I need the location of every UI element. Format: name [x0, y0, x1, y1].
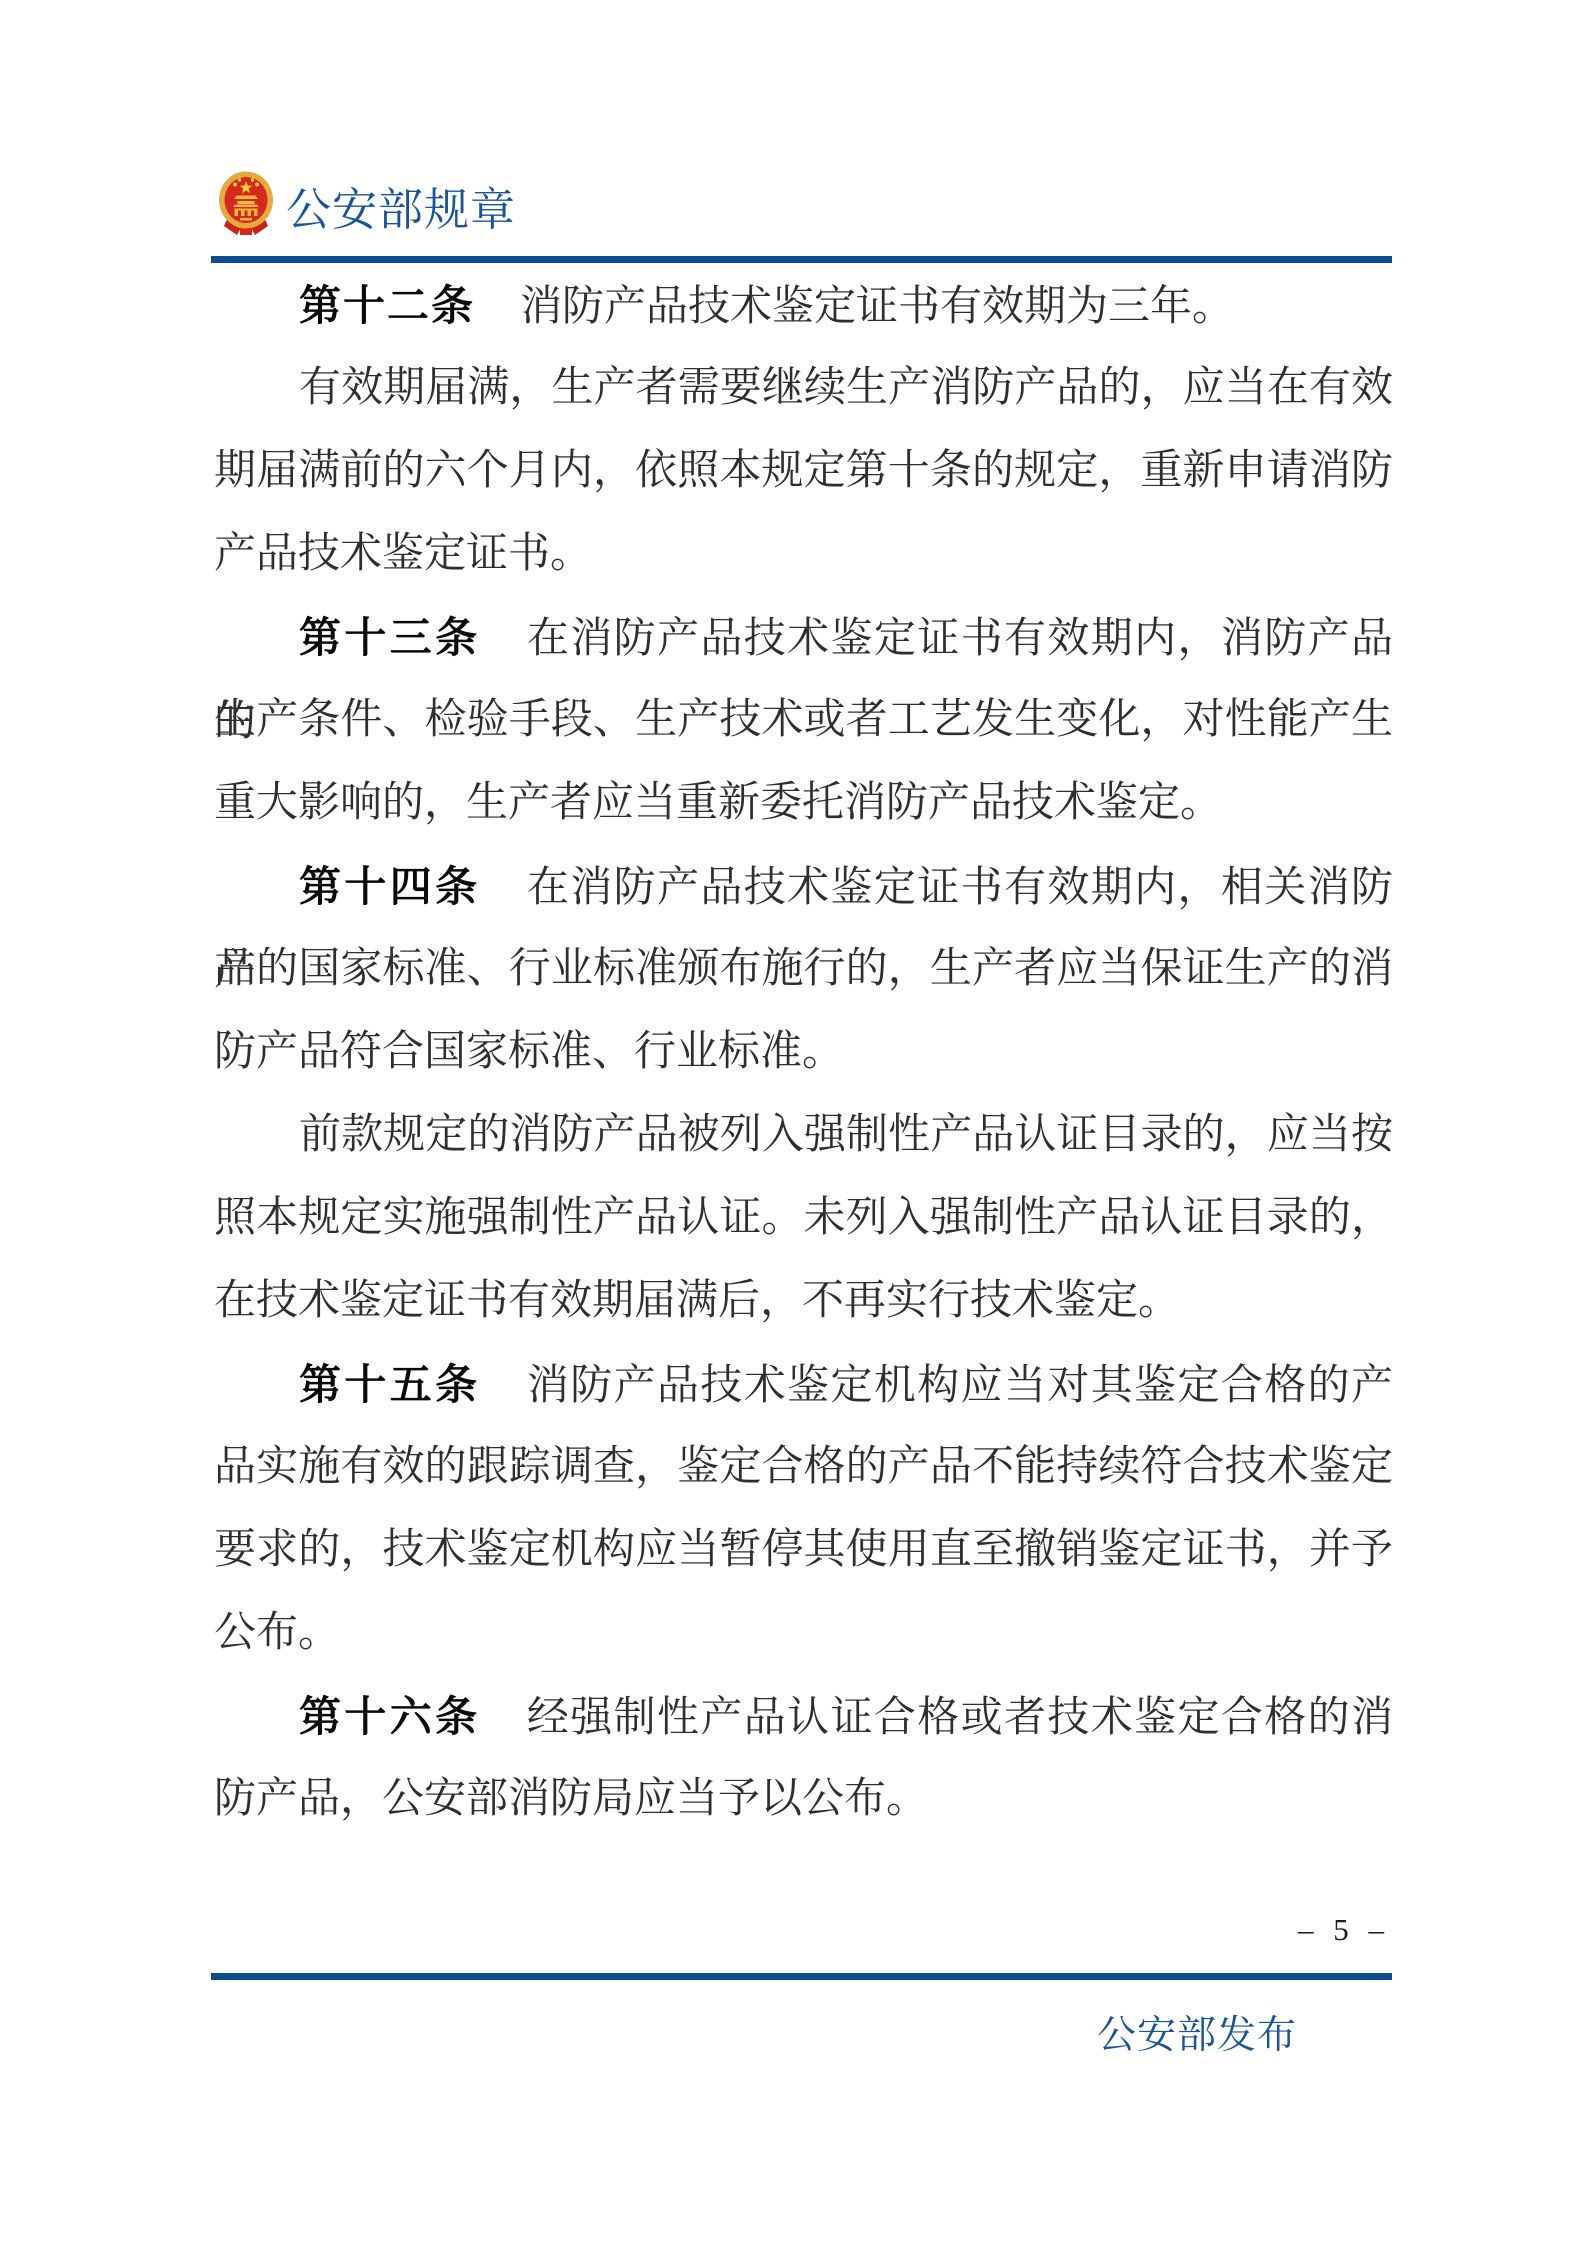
national-emblem-icon — [215, 171, 277, 237]
body-line: 品的国家标准、行业标准颁布施行的，生产者应当保证生产的消 — [214, 928, 1393, 1011]
body-line: 照本规定实施强制性产品认证。未列入强制性产品认证目录的， — [214, 1177, 1393, 1260]
body-line: 在技术鉴定证书有效期届满后，不再实行技术鉴定。 — [214, 1260, 1393, 1343]
body-line: 要求的，技术鉴定机构应当暂停其使用直至撤销鉴定证书，并予 — [214, 1509, 1393, 1592]
body-line: 防产品符合国家标准、行业标准。 — [214, 1011, 1393, 1094]
paragraph: 第十五条消防产品技术鉴定机构应当对其鉴定合格的产品实施有效的跟踪调查，鉴定合格的… — [214, 1343, 1393, 1675]
page-title: 公安部规章 — [286, 182, 516, 238]
article-number: 第十六条 — [299, 1693, 481, 1740]
body-line: 公布。 — [214, 1592, 1393, 1675]
article-number: 第十二条 — [299, 282, 475, 329]
body-line: 第十四条在消防产品技术鉴定证书有效期内，相关消防产 — [214, 845, 1393, 928]
article-number: 第十三条 — [299, 614, 481, 661]
body-line: 第十三条在消防产品技术鉴定证书有效期内，消防产品的 — [214, 596, 1393, 679]
paragraph: 有效期届满，生产者需要继续生产消防产品的，应当在有效期届满前的六个月内，依照本规… — [214, 347, 1393, 596]
article-number: 第十四条 — [299, 863, 481, 910]
header-rule — [211, 256, 1392, 263]
body-line: 有效期届满，生产者需要继续生产消防产品的，应当在有效 — [214, 347, 1393, 430]
document-body: 第十二条消防产品技术鉴定证书有效期为三年。有效期届满，生产者需要继续生产消防产品… — [214, 264, 1393, 1841]
footer-rule — [211, 1973, 1392, 1980]
paragraph: 第十三条在消防产品技术鉴定证书有效期内，消防产品的生产条件、检验手段、生产技术或… — [214, 596, 1393, 845]
body-line: 防产品，公安部消防局应当予以公布。 — [214, 1758, 1393, 1841]
paragraph: 前款规定的消防产品被列入强制性产品认证目录的，应当按照本规定实施强制性产品认证。… — [214, 1094, 1393, 1343]
document-page: 公安部规章 第十二条消防产品技术鉴定证书有效期为三年。有效期届满，生产者需要继续… — [0, 0, 1587, 2245]
paragraph: 第十六条经强制性产品认证合格或者技术鉴定合格的消防产品，公安部消防局应当予以公布… — [214, 1675, 1393, 1841]
page-number: – 5 – — [1298, 1905, 1390, 1955]
paragraph: 第十四条在消防产品技术鉴定证书有效期内，相关消防产品的国家标准、行业标准颁布施行… — [214, 845, 1393, 1094]
article-number: 第十五条 — [299, 1361, 481, 1408]
body-line: 第十二条消防产品技术鉴定证书有效期为三年。 — [214, 264, 1393, 347]
paragraph: 第十二条消防产品技术鉴定证书有效期为三年。 — [214, 264, 1393, 347]
body-line: 生产条件、检验手段、生产技术或者工艺发生变化，对性能产生 — [214, 679, 1393, 762]
body-line: 前款规定的消防产品被列入强制性产品认证目录的，应当按 — [214, 1094, 1393, 1177]
publisher-label: 公安部发布 — [1097, 2010, 1297, 2062]
body-line: 重大影响的，生产者应当重新委托消防产品技术鉴定。 — [214, 762, 1393, 845]
body-line: 期届满前的六个月内，依照本规定第十条的规定，重新申请消防 — [214, 430, 1393, 513]
body-line: 第十六条经强制性产品认证合格或者技术鉴定合格的消 — [214, 1675, 1393, 1758]
body-line: 品实施有效的跟踪调查，鉴定合格的产品不能持续符合技术鉴定 — [214, 1426, 1393, 1509]
body-line: 第十五条消防产品技术鉴定机构应当对其鉴定合格的产 — [214, 1343, 1393, 1426]
body-line: 产品技术鉴定证书。 — [214, 513, 1393, 596]
